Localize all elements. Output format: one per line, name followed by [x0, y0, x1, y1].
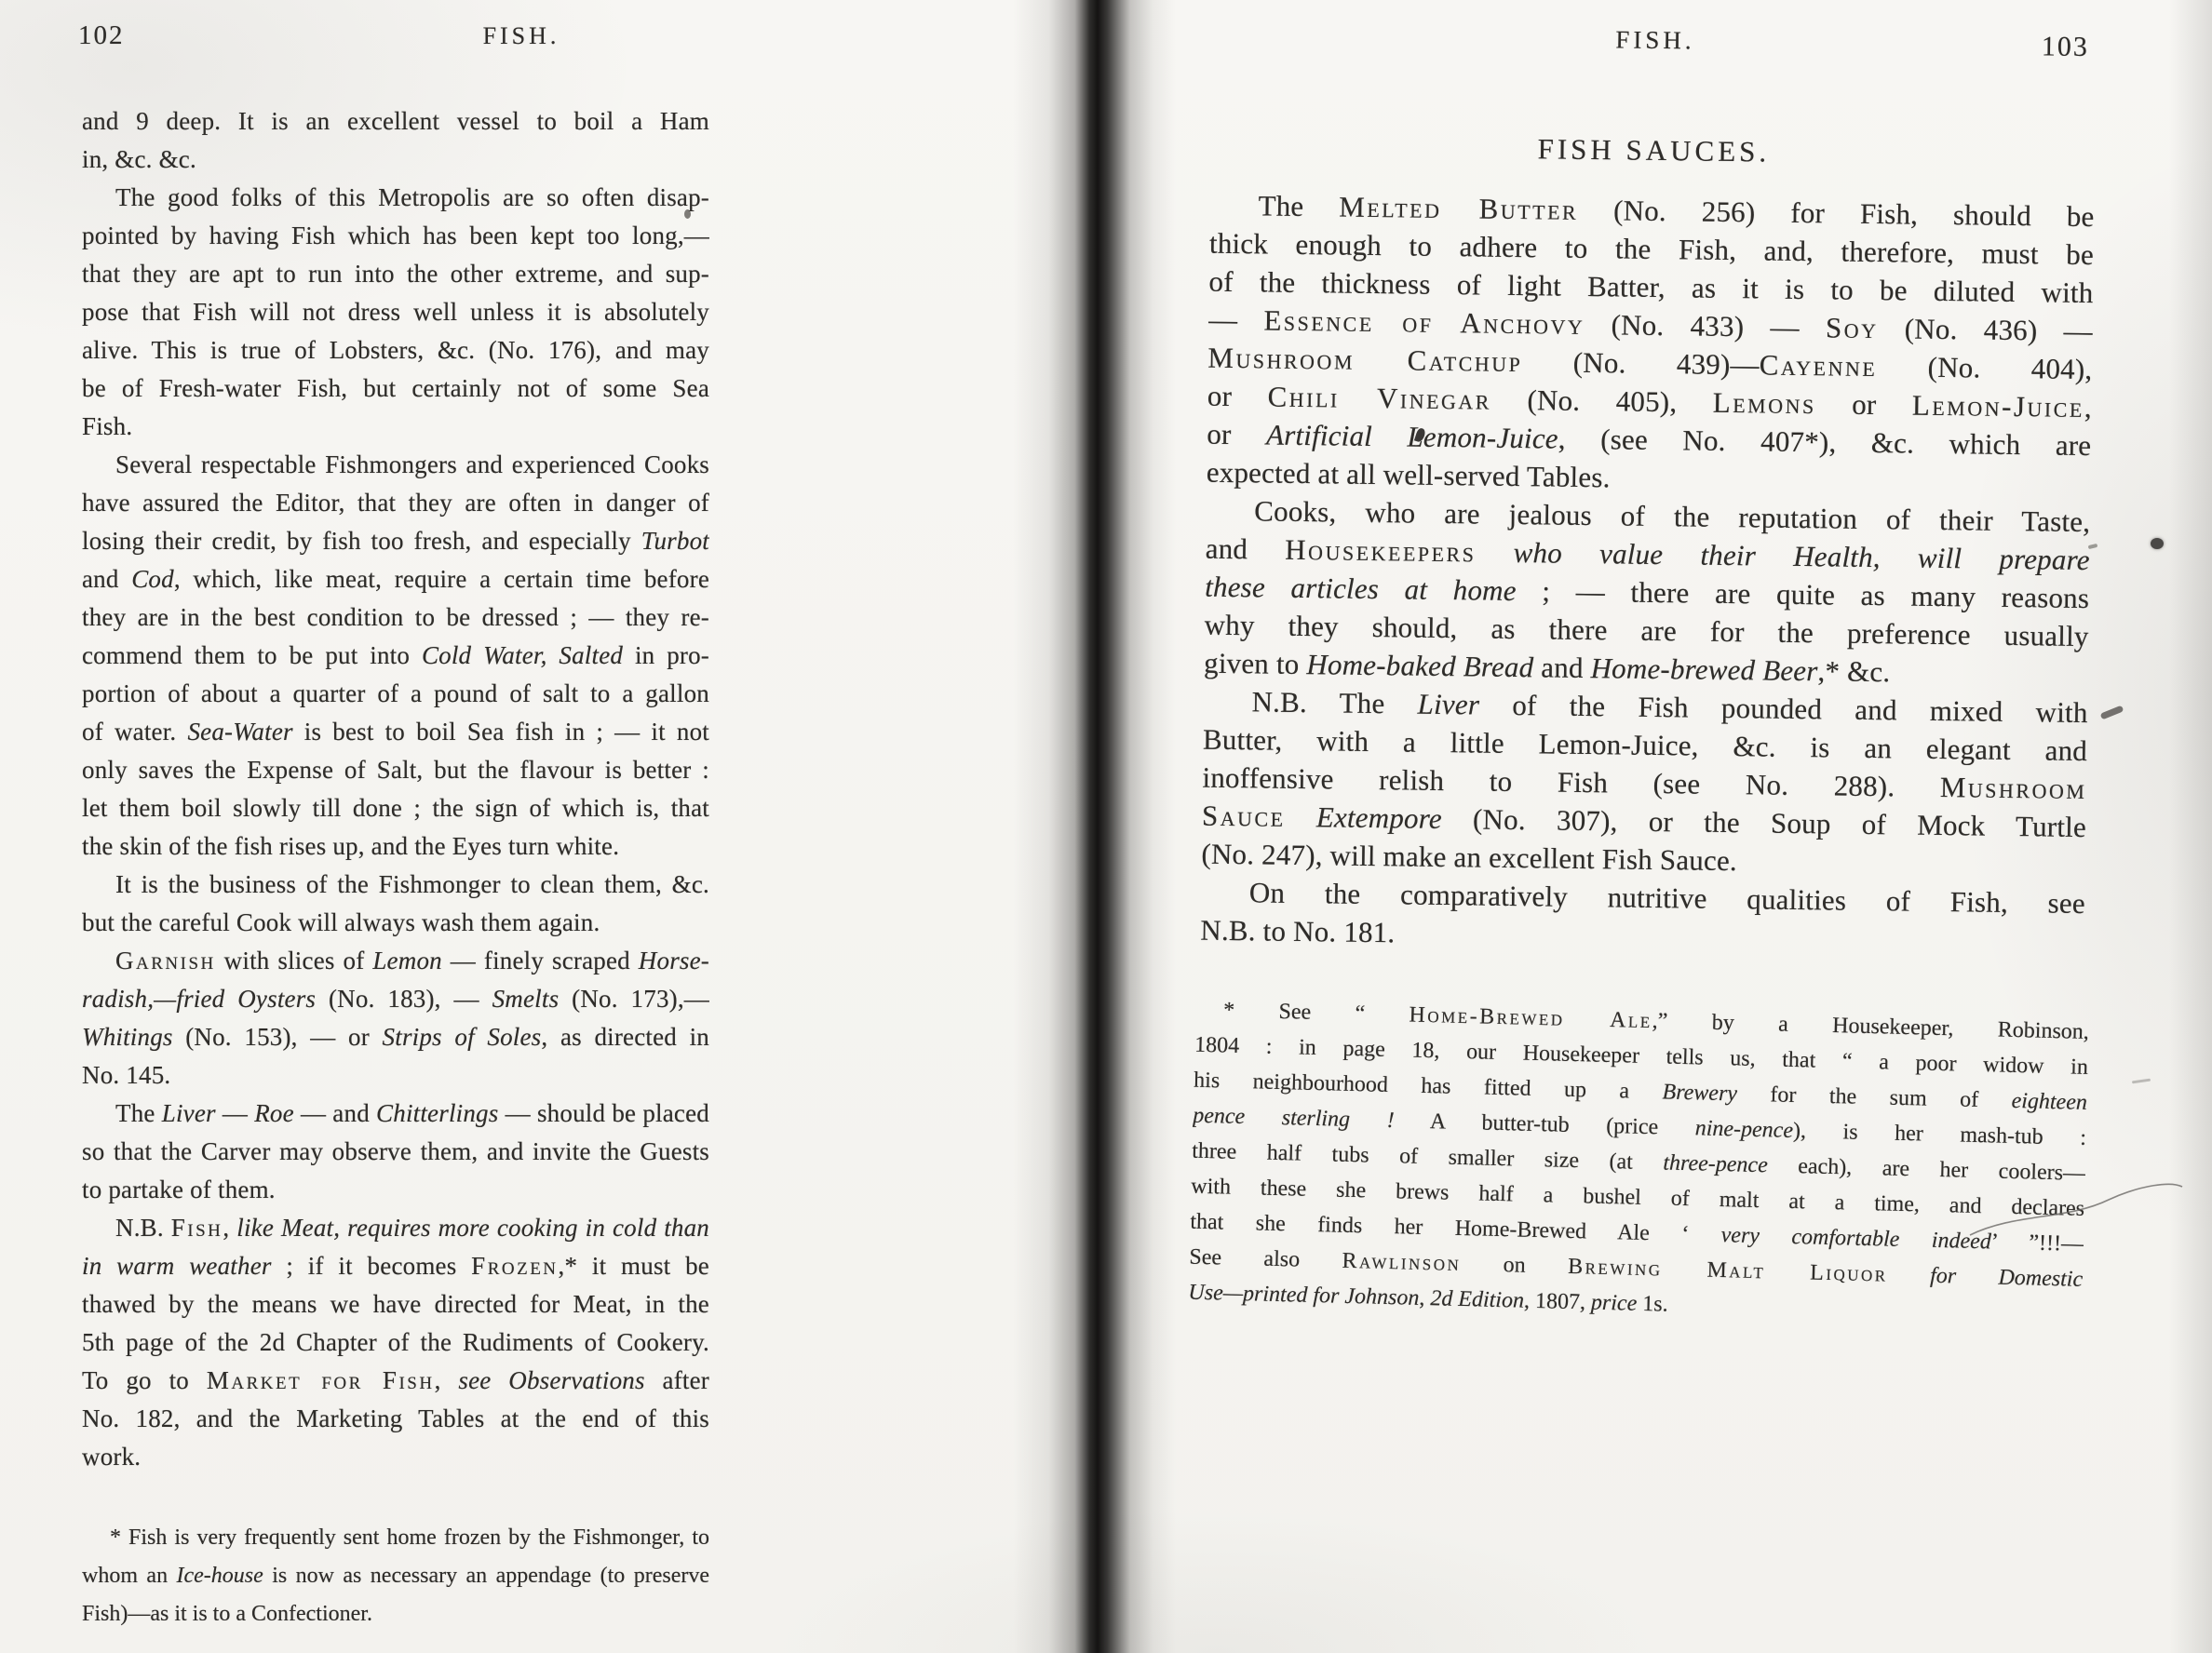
ink-speck	[684, 209, 691, 219]
text-segment: or	[1207, 380, 1268, 413]
right-page-body: The Melted Butter (No. 256) for Fish, sh…	[1200, 186, 2095, 961]
text-segment: very comfortable indeed	[1720, 1223, 1991, 1254]
text-segment: of the Fish pounded and mixed with	[1479, 689, 2088, 730]
text-segment: nine-pence	[1694, 1116, 1793, 1143]
book-scan: 102 FISH. and 9 deep. It is an excellent…	[0, 0, 2212, 1653]
text-segment: Home-Brewed Ale	[1409, 1003, 1652, 1034]
text-segment: 1s.	[1637, 1292, 1668, 1317]
page-edge-shadow	[2169, 0, 2212, 1653]
text-segment: (No. 247), will make an excellent Fish S…	[1201, 838, 1737, 878]
right-page-footnote: * See “ Home-Brewed Ale,” by a Housekeep…	[1188, 992, 2089, 1333]
text-segment: ,	[1419, 1286, 1431, 1310]
text-segment: and	[1206, 532, 1286, 566]
text-segment: three-pence	[1663, 1150, 1768, 1177]
text-segment: Liver	[1417, 688, 1479, 721]
text-segment: Chili Vinegar	[1267, 381, 1491, 416]
text-segment	[1285, 800, 1316, 833]
paragraph: N.B. The Liver of the Fish pounded and m…	[1201, 682, 2088, 884]
text-segment: Soy	[1826, 311, 1879, 344]
text-segment: Extempore	[1316, 800, 1442, 835]
text-segment: on	[1461, 1252, 1568, 1279]
text-segment: Rawlinson	[1342, 1249, 1461, 1276]
text-segment: (No. 256) for Fish, should be	[1578, 194, 2095, 233]
text-segment: Use—printed for Johnson	[1188, 1281, 1420, 1310]
text-segment: Essence of Anchovy	[1263, 303, 1585, 341]
text-segment: ,* &c.	[1817, 654, 1890, 688]
text-segment: N.B. The	[1251, 685, 1418, 719]
text-segment: ,	[2084, 391, 2092, 423]
text-segment: Housekeepers	[1285, 533, 1477, 569]
page-number-right: 103	[2042, 31, 2089, 63]
text-segment: See also	[1189, 1245, 1342, 1273]
text-segment: N.B. to No. 181.	[1200, 914, 1395, 949]
text-segment: ), is her mash-tub :	[1793, 1119, 2087, 1150]
text-segment: (No. 439)—	[1522, 345, 1760, 381]
paragraph: Cooks, who are jealous of the reputation…	[1204, 491, 2091, 693]
scratch-mark	[1964, 1177, 2188, 1243]
text-segment: Mushroom	[1940, 771, 2087, 805]
text-segment: ,” by a Housekeeper, Robinson,	[1652, 1009, 2089, 1044]
text-segment: Lemons	[1713, 386, 1816, 420]
text-segment: (No. 404),	[1877, 350, 2093, 385]
text-segment: Mushroom Catchup	[1207, 342, 1522, 378]
text-segment: ; — there are quite as many reasons	[1517, 574, 2090, 614]
text-segment: * See “	[1223, 998, 1409, 1027]
text-segment	[1887, 1263, 1930, 1288]
text-segment: 2d Edition	[1430, 1286, 1524, 1313]
text-segment: who value their Health, will prepare	[1513, 536, 2089, 576]
text-segment: , 1807,	[1524, 1289, 1592, 1315]
ink-speck	[2151, 538, 2164, 549]
text-segment: (No. 433) —	[1585, 308, 1826, 343]
text-segment: The	[1258, 189, 1339, 222]
text-segment: (No. 405),	[1491, 383, 1713, 419]
text-segment: for Domestic	[1930, 1264, 2084, 1292]
text-segment: Cayenne	[1760, 348, 1878, 383]
text-segment: , (see No. 407*), &c. which are	[1558, 423, 2092, 462]
text-segment: Artificial Lemon-Juice	[1266, 418, 1558, 454]
text-segment: pence sterling !	[1193, 1104, 1395, 1133]
text-segment: or	[1816, 387, 1913, 421]
text-segment: for the sum of	[1737, 1082, 2012, 1112]
text-segment: given to	[1204, 647, 1307, 680]
text-segment: and	[1533, 651, 1591, 684]
text-segment: Brewing Malt Liquor	[1568, 1255, 1888, 1287]
text-segment: (No. 436) —	[1878, 312, 2093, 347]
text-segment: inoffensive relish to Fish (see No. 288)…	[1202, 761, 1940, 803]
text-segment: Lemon-Juice	[1912, 389, 2084, 423]
text-segment	[1476, 535, 1514, 569]
text-segment: these articles at home	[1205, 571, 1517, 607]
text-segment: Melted Butter	[1339, 190, 1578, 225]
section-heading: FISH SAUCES.	[1402, 130, 1905, 170]
running-header-right: FISH.	[1534, 24, 1776, 56]
text-segment: (No. 307), or the Soup of Mock Turtle	[1442, 802, 2087, 843]
paragraph: On the comparatively nutritive qualities…	[1200, 873, 2085, 961]
text-segment: A butter-tub (price	[1394, 1109, 1695, 1140]
text-segment: Home-baked Bread	[1306, 648, 1533, 683]
text-segment: eighteen	[2011, 1089, 2087, 1115]
text-segment: price	[1591, 1291, 1638, 1316]
text-segment: Home-brewed Beer	[1590, 652, 1817, 687]
text-segment: Sauce	[1202, 800, 1286, 833]
paragraph: The Melted Butter (No. 256) for Fish, sh…	[1207, 186, 2095, 503]
text-segment: Brewery	[1662, 1080, 1737, 1106]
text-segment: or	[1207, 418, 1266, 451]
text-segment: expected at all well-served Tables.	[1207, 456, 1611, 494]
text-segment: —	[1208, 303, 1264, 337]
book-gutter-shadow	[1013, 0, 1176, 1653]
